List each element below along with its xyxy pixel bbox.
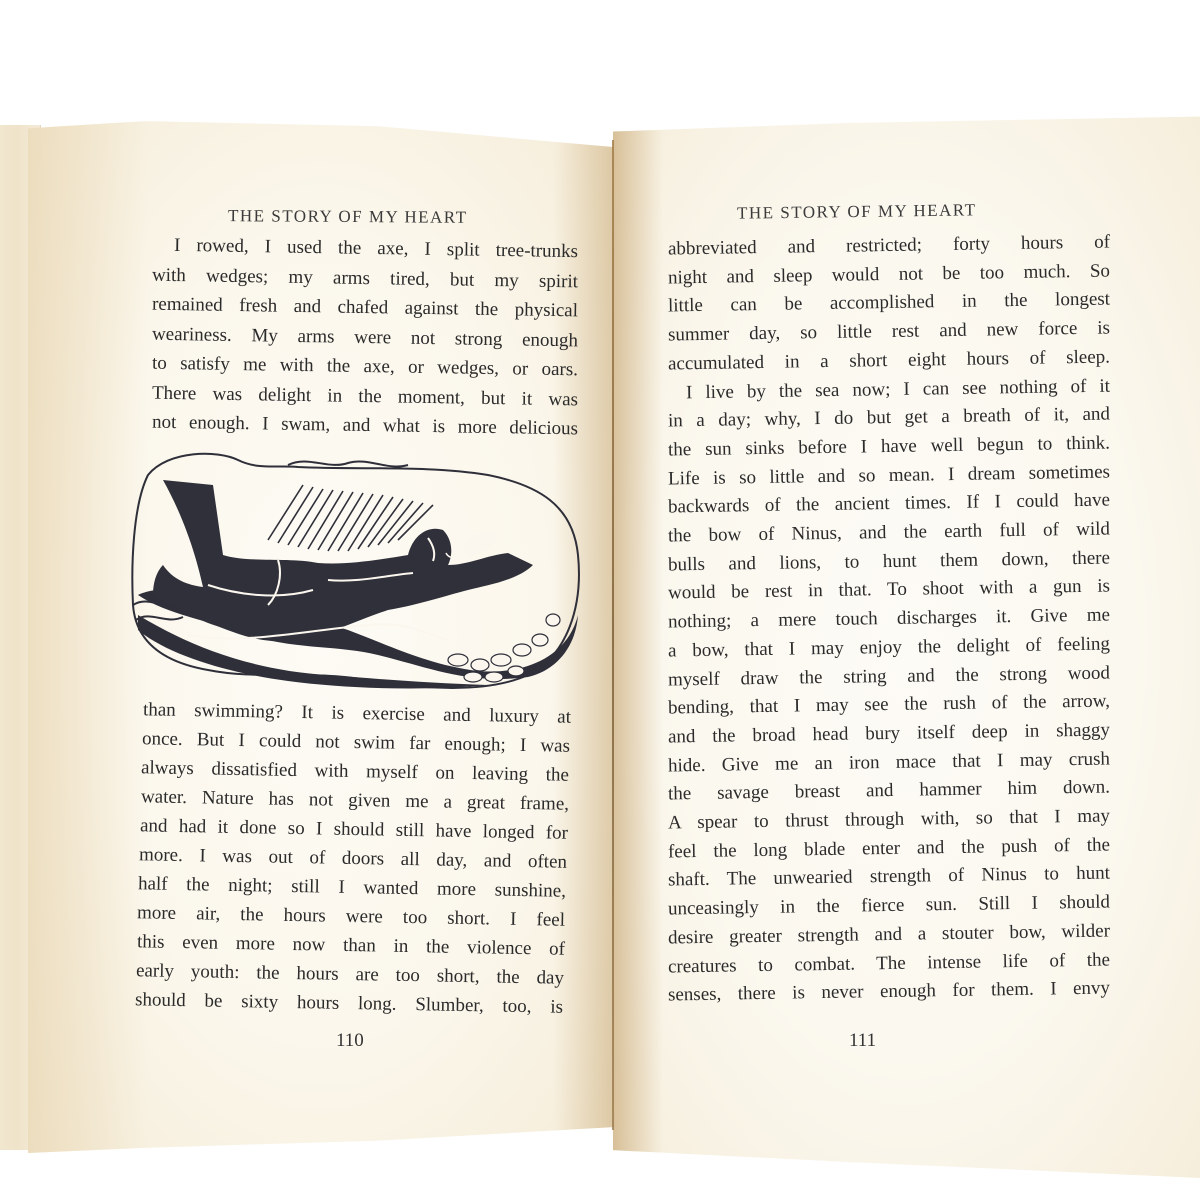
right-page-number: 111 xyxy=(849,1030,876,1052)
book-gutter xyxy=(612,140,614,1130)
swimmer-engraving-illustration xyxy=(128,445,590,695)
right-running-head: THE STORY OF MY HEART xyxy=(737,200,977,223)
photo-scene: THE STORY OF MY HEART I rowed, I used th… xyxy=(0,0,1200,1200)
left-page-number: 110 xyxy=(336,1030,364,1052)
left-running-head: THE STORY OF MY HEART xyxy=(228,206,468,228)
open-book: THE STORY OF MY HEART I rowed, I used th… xyxy=(0,0,1200,1200)
